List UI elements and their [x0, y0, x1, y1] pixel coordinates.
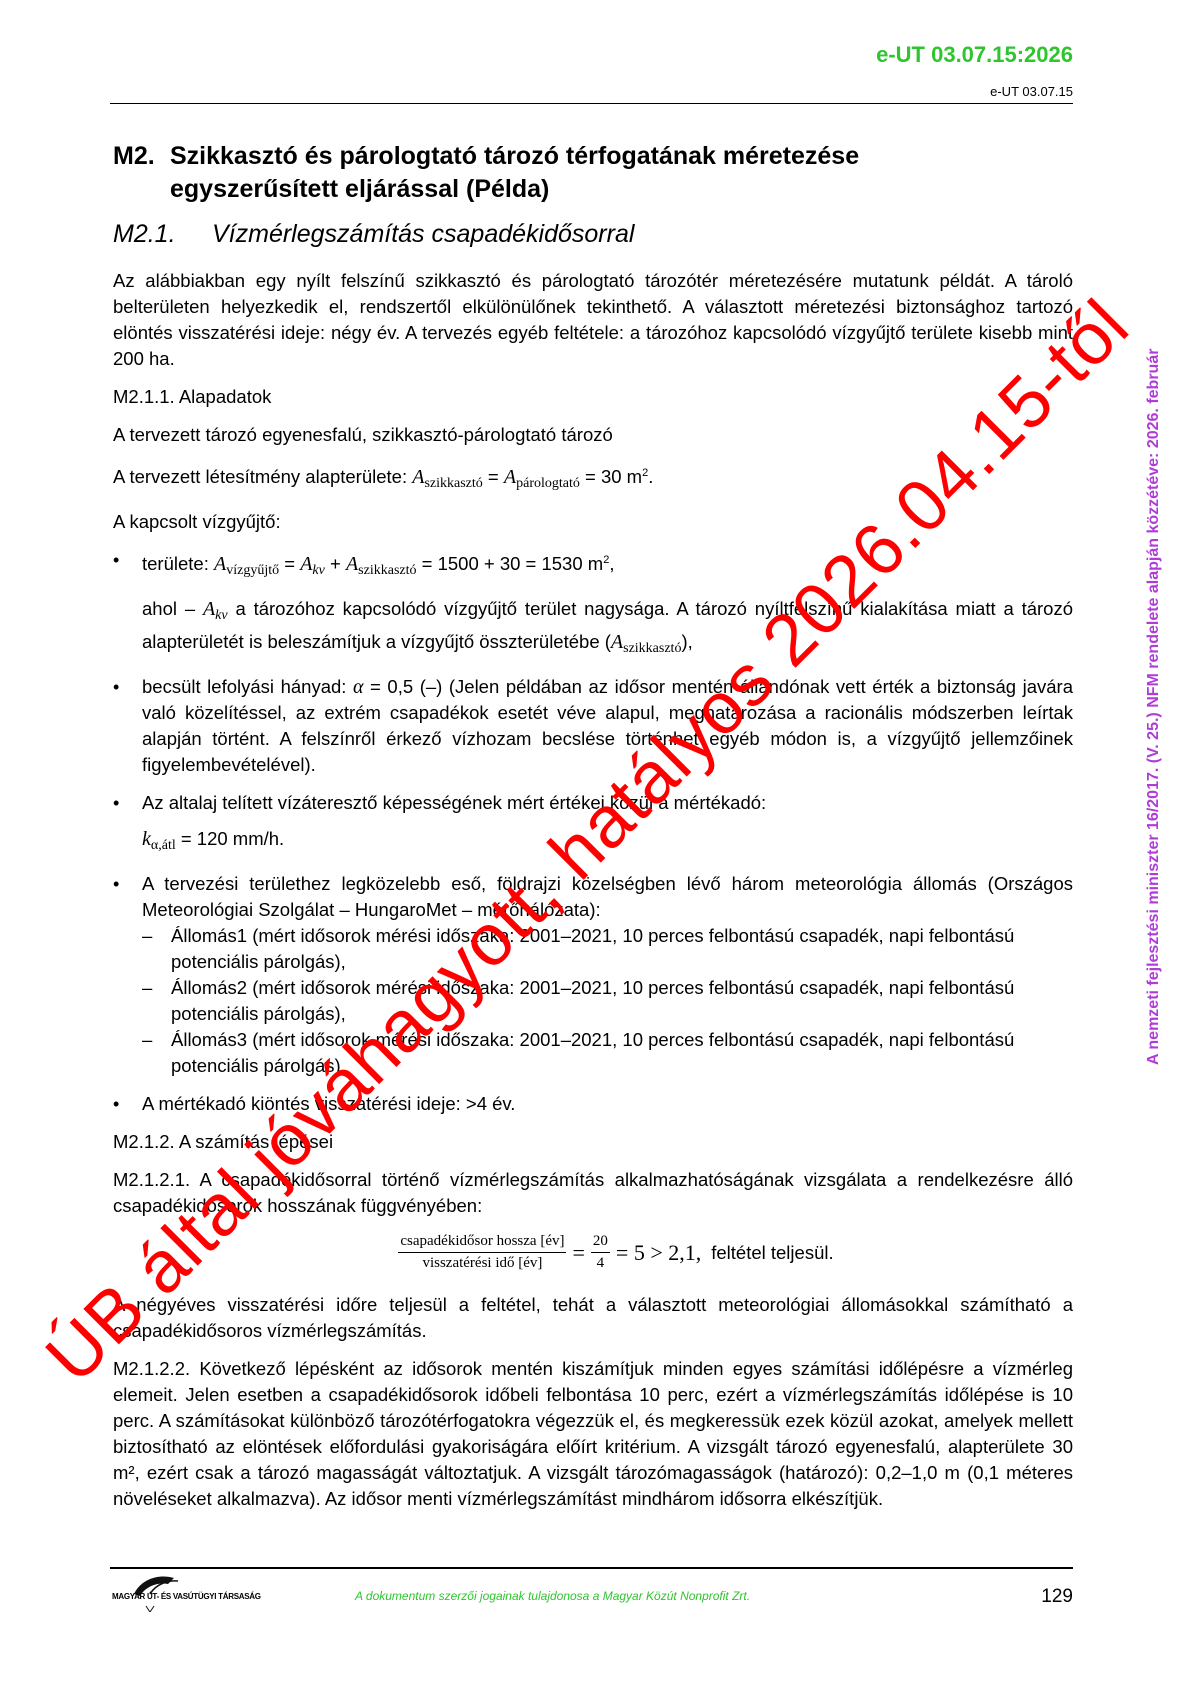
copyright-notice: A dokumentum szerzői jogainak tulajdonos…	[355, 1589, 750, 1603]
punct: ),	[681, 631, 692, 652]
bullet-icon: •	[113, 871, 142, 923]
company-logo-text: MAGYAR ÚT- ÉS VASÚTÜGYI TÁRSASÁG	[112, 1592, 261, 1601]
chapter-title-line2: egyszerűsített eljárással (Példa)	[170, 175, 549, 203]
subsection-heading-basic: M2.1.1. Alapadatok	[113, 384, 1073, 410]
punct: ,	[609, 553, 614, 574]
equals: =	[483, 466, 504, 487]
fraction: csapadékidősor hossza [év]visszatérési i…	[398, 1233, 566, 1272]
symbol: A	[203, 598, 215, 620]
symbol: A	[214, 553, 226, 575]
stations-list: –Állomás1 (mért idősorok mérési időszaka…	[113, 923, 1073, 1079]
formula: csapadékidősor hossza [év]visszatérési i…	[153, 1233, 1073, 1272]
subscript: szikkasztó	[623, 641, 681, 656]
section-title-text: Vízmérlegszámítás csapadékidősorral	[212, 220, 634, 248]
station-item: –Állomás3 (mért idősorok mérési időszaka…	[142, 1027, 1073, 1079]
bullet-icon: •	[113, 1091, 142, 1117]
numerator: csapadékidősor hossza [év]	[398, 1233, 566, 1253]
list-item: • becsült lefolyási hányad: α = 0,5 (–) …	[113, 674, 1073, 778]
section-title: M2.1. Vízmérlegszámítás csapadékidősorra…	[113, 220, 1073, 248]
chapter-number: M2.	[113, 140, 170, 206]
symbol: A	[412, 466, 424, 488]
footer-divider	[110, 1567, 1073, 1569]
denominator: visszatérési idő [év]	[422, 1253, 542, 1272]
equals: =	[279, 553, 300, 574]
plus: +	[325, 553, 346, 574]
list-item: • területe: Avízgyűjtő = Akv + Aszikkasz…	[113, 547, 1073, 662]
section-number: M2.1.	[113, 220, 212, 248]
document-subcode: e-UT 03.07.15	[990, 84, 1073, 99]
dash-icon: –	[142, 975, 171, 1027]
punct: .	[648, 466, 653, 487]
station-item: –Állomás2 (mért idősorok mérési időszaka…	[142, 975, 1073, 1027]
symbol: α	[353, 676, 364, 698]
fraction-values: 204	[591, 1233, 610, 1272]
value: = 120 mm/h.	[176, 828, 284, 849]
symbol: A	[346, 553, 358, 575]
subscript: szikkasztó	[424, 476, 482, 491]
symbol: A	[504, 466, 516, 488]
symbol: A	[300, 553, 312, 575]
label: területe:	[142, 553, 214, 574]
dash-icon: –	[142, 923, 171, 975]
intro-paragraph: Az alábbiakban egy nyílt felszínű szikka…	[113, 268, 1073, 372]
header-divider	[110, 103, 1073, 104]
symbol: k	[142, 828, 151, 850]
document-code: e-UT 03.07.15:2026	[876, 42, 1073, 68]
station-text: Állomás2 (mért idősorok mérési időszaka:…	[171, 975, 1073, 1027]
subscript: párologtató	[516, 476, 580, 491]
bullet-icon: •	[113, 547, 142, 662]
label: becsült lefolyási hányad:	[142, 676, 353, 697]
subscript: vízgyűjtő	[226, 563, 279, 578]
value: = 30 m	[580, 466, 642, 487]
denominator: 4	[597, 1253, 605, 1272]
step-1-result: A négyéves visszatérési időre teljesül a…	[113, 1292, 1073, 1344]
subscript: kv	[312, 563, 324, 578]
note: a tározóhoz kapcsolódó vízgyűjtő terület…	[142, 598, 1073, 652]
dash-icon: –	[142, 1027, 171, 1079]
bullet-icon: •	[113, 790, 142, 859]
subscript: szikkasztó	[358, 563, 416, 578]
numerator: 20	[591, 1233, 610, 1253]
condition-text: feltétel teljesül.	[711, 1242, 833, 1264]
equals: =	[572, 1240, 584, 1266]
chapter-title: M2. Szikkasztó és párologtató tározó tér…	[113, 140, 1073, 206]
result: = 5 > 2,1,	[616, 1240, 701, 1266]
value: = 1500 + 30 = 1530 m	[417, 553, 604, 574]
bullet-icon: •	[113, 674, 142, 778]
page-number: 129	[1041, 1586, 1073, 1608]
station-text: Állomás1 (mért idősorok mérési időszaka:…	[171, 923, 1073, 975]
subscript: α,átl	[151, 838, 176, 853]
subscript: kv	[215, 608, 227, 623]
step-2: M2.1.2.2. Következő lépésként az idősoro…	[113, 1356, 1073, 1512]
symbol: A	[611, 631, 623, 653]
label: A tervezett létesítmény alapterülete:	[113, 466, 412, 487]
chapter-title-line1: Szikkasztó és párologtató tározó térfoga…	[170, 142, 859, 170]
label: ahol –	[142, 598, 203, 619]
publication-note: A nemzeti fejlesztési miniszter 16/2017.…	[1145, 349, 1163, 1065]
station-item: –Állomás1 (mért idősorok mérési időszaka…	[142, 923, 1073, 975]
